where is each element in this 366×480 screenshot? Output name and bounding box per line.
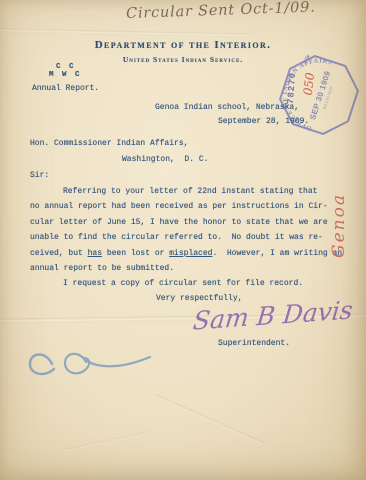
red-file-classification: 050	[301, 71, 317, 96]
addressee-line2: Washington, D. C.	[122, 155, 208, 165]
handwritten-top-note: Circular Sent Oct-1/09.	[126, 0, 358, 22]
typist-initials-line2: M W C	[49, 70, 82, 80]
letter-page: Circular Sent Oct-1/09. Department of th…	[0, 0, 366, 480]
subject-line: Annual Report.	[32, 84, 99, 94]
body-line: ceived, but has been lost or misplaced. …	[30, 249, 342, 259]
body-line5-underlined: has	[88, 249, 102, 258]
addressee-line1: Hon. Commissioner Indian Affairs,	[30, 139, 188, 149]
handwritten-cc-initials	[22, 346, 157, 396]
body-line: no annual report had been received as pe…	[30, 202, 328, 212]
body-line: annual report to be submitted.	[30, 264, 174, 274]
body-line5-part: . However, I am writing an	[212, 249, 342, 258]
letter-date: September 28, 1909.	[218, 117, 309, 127]
body-line5-part: been lost or	[102, 249, 169, 258]
body-line: cular letter of June 15, I have the hono…	[30, 218, 328, 228]
request-line: I request a copy of circular sent for fi…	[63, 279, 303, 289]
body-line: unable to find the circular referred to.…	[30, 233, 323, 243]
closing-line: Very respectfully,	[156, 294, 242, 304]
salutation: Sir:	[30, 171, 49, 181]
signature-title: Superintendent.	[218, 339, 290, 349]
body-line: Referring to your letter of 22nd instant…	[63, 187, 317, 197]
letterhead-department: Department of the Interior.	[0, 39, 366, 51]
letter-place: Genoa Indian school, Nebraska,	[155, 103, 299, 113]
body-line5-part: ceived, but	[30, 249, 88, 258]
handwritten-genoa-red: Genoa	[329, 148, 349, 258]
body-line5-underlined: misplaced	[169, 249, 212, 258]
paper-crease	[61, 431, 150, 453]
paper-crease	[155, 394, 266, 446]
paper-crease	[0, 28, 250, 37]
